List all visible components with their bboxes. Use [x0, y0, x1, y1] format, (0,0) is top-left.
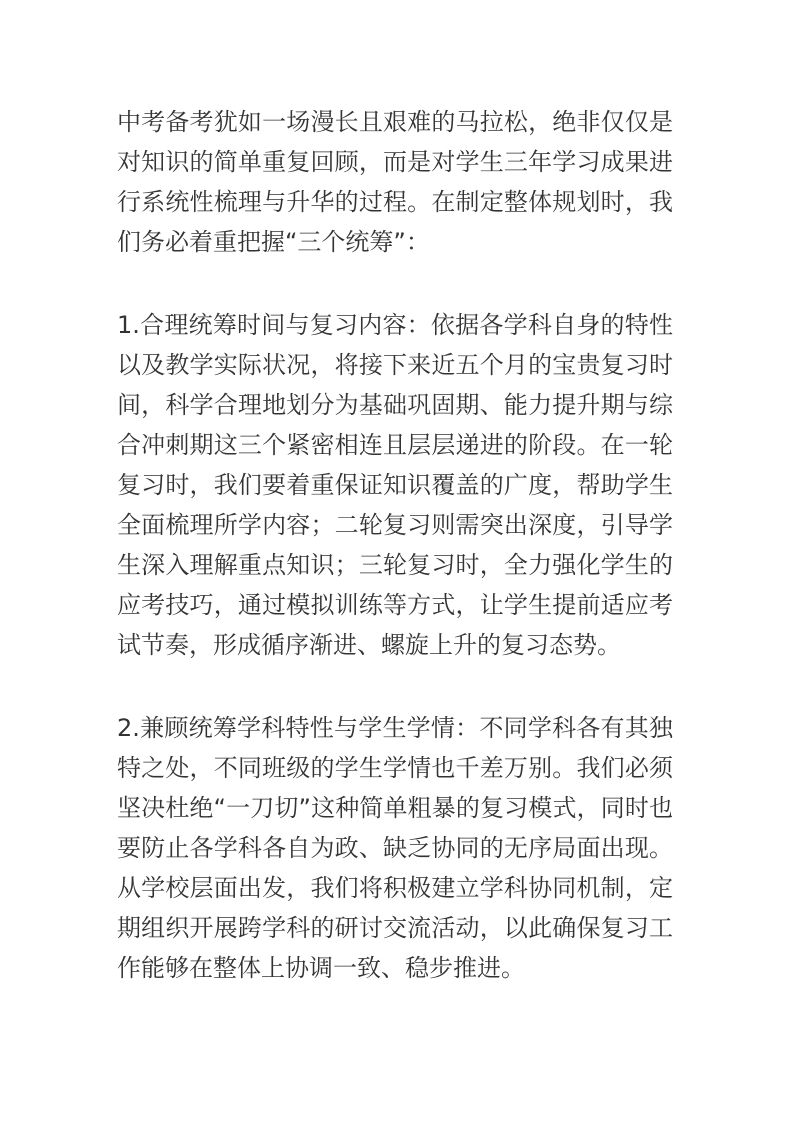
document-page: 中考备考犹如一场漫长且艰难的马拉松，绝非仅仅是对知识的简单重复回顾，而是对学生三…: [0, 0, 793, 1122]
paragraph-intro: 中考备考犹如一场漫长且艰难的马拉松，绝非仅仅是对知识的简单重复回顾，而是对学生三…: [117, 102, 673, 262]
paragraph-point-2: 2.兼顾统筹学科特性与学生学情：不同学科各有其独特之处，不同班级的学生学情也千差…: [117, 708, 673, 988]
document-body: 中考备考犹如一场漫长且艰难的马拉松，绝非仅仅是对知识的简单重复回顾，而是对学生三…: [117, 102, 673, 988]
paragraph-point-1: 1.合理统筹时间与复习内容：依据各学科自身的特性以及教学实际状况，将接下来近五个…: [117, 305, 673, 665]
